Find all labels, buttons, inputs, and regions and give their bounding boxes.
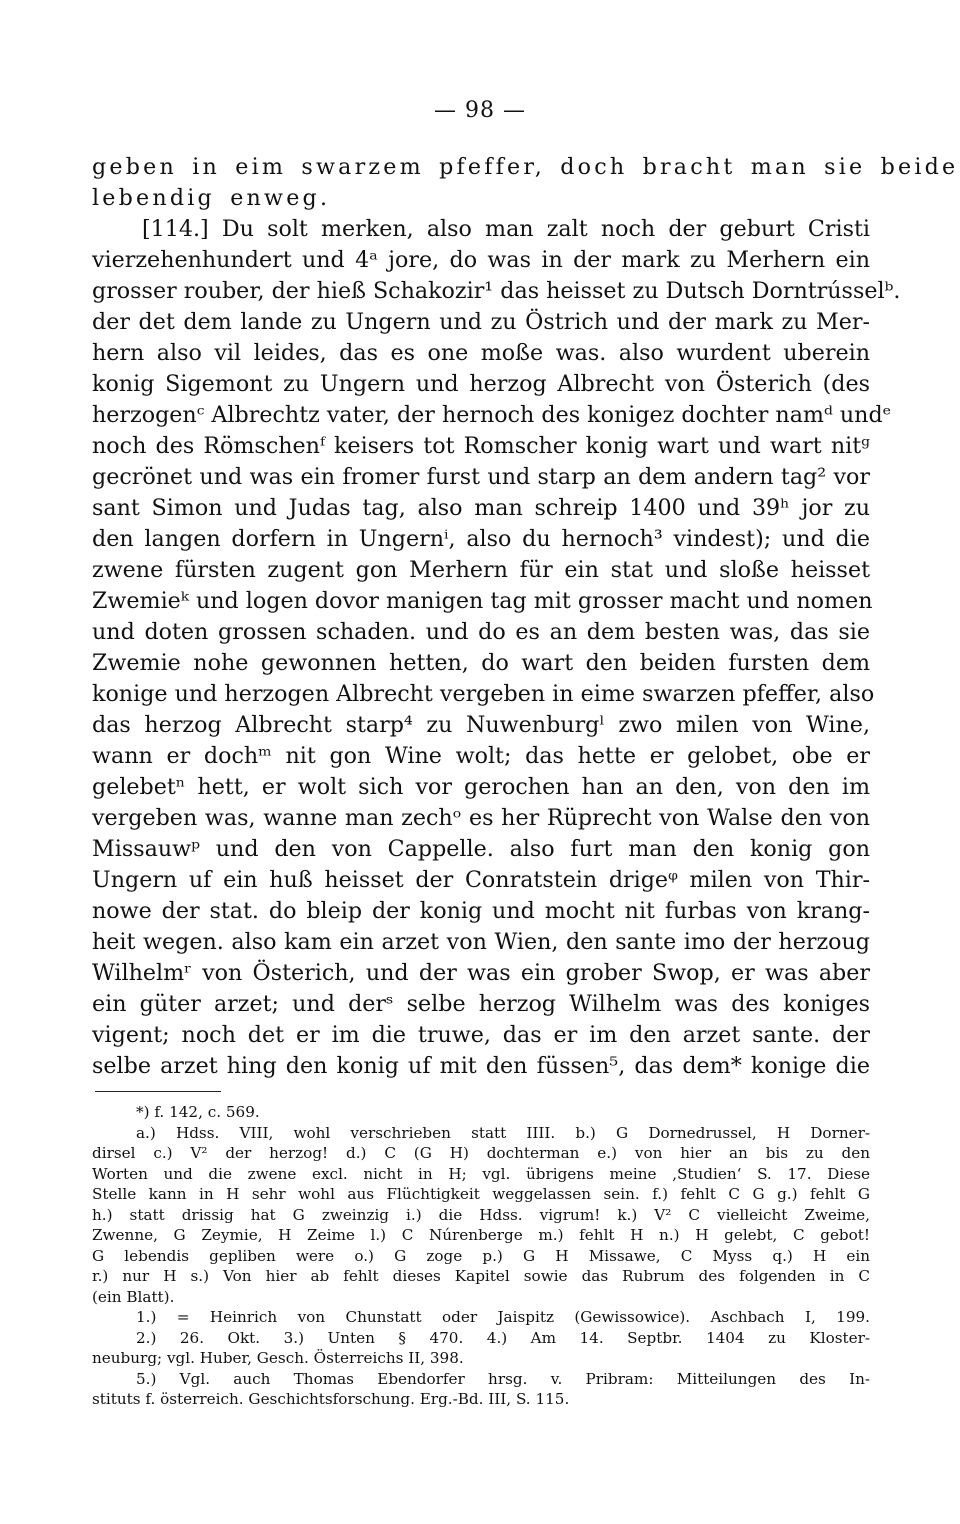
text-line: nowe der stat. do bleip der konig und mo… [92,896,870,927]
footnote-line: h.) statt drissig hat G zweinzig i.) die… [92,1205,870,1226]
footnote-line: (ein Blatt). [92,1287,870,1308]
text-line: konig Sigemont zu Ungern und herzog Albr… [92,369,870,400]
text-line: gelebetⁿ hett, er wolt sich vor gerochen… [92,772,870,803]
text-line: der det dem lande zu Ungern und zu Östri… [92,307,870,338]
text-line: grosser rouber, der hieß Schakozir¹ das … [92,276,870,307]
text-line: Zwemieᵏ und logen dovor manigen tag mit … [92,586,870,617]
page-number: — 98 — [0,98,960,123]
footnote-line: G lebendis gepliben were o.) G zoge p.) … [92,1246,870,1267]
text-line: konige und herzogen Albrecht vergeben in… [92,679,870,710]
text-line: vierzehenhundert und 4ᵃ jore, do was in … [92,245,870,276]
footnote-line: *) f. 142, c. 569. [92,1102,870,1123]
text-line: Missauwᵖ und den von Cappelle. also furt… [92,834,870,865]
footnote-line: neuburg; vgl. Huber, Gesch. Österreichs … [92,1348,870,1369]
text-line: geben in eim swarzem pfeffer, doch brach… [92,152,870,183]
text-line: zwene fürsten zugent gon Merhern für ein… [92,555,870,586]
text-line: herzogenᶜ Albrechtz vater, der hernoch d… [92,400,870,431]
footnote-line: Zwenne, G Zeymie, H Zeime l.) C Núrenber… [92,1225,870,1246]
footnote-line: Worten und die zwene excl. nicht in H; v… [92,1164,870,1185]
main-text: geben in eim swarzem pfeffer, doch brach… [92,152,870,1082]
text-line: Ungern uf ein huß heisset der Conratstei… [92,865,870,896]
text-line: ein güter arzet; und derˢ selbe herzog W… [92,989,870,1020]
footnotes: *) f. 142, c. 569. a.) Hdss. VIII, wohl … [92,1102,870,1410]
text-line: wann er dochᵐ nit gon Wine wolt; das het… [92,741,870,772]
text-line: den langen dorfern in Ungernⁱ, also du h… [92,524,870,555]
footnote-line: 1.) = Heinrich von Chunstatt oder Jaispi… [92,1307,870,1328]
text-line: das herzog Albrecht starp⁴ zu Nuwenburgˡ… [92,710,870,741]
footnote-separator [95,1091,221,1092]
footnote-line: 2.) 26. Okt. 3.) Unten § 470. 4.) Am 14.… [92,1328,870,1349]
footnote-line: Stelle kann in H sehr wohl aus Flüchtigk… [92,1184,870,1205]
text-line: Wilhelmʳ von Österich, und der was ein g… [92,958,870,989]
text-line: Zwemie nohe gewonnen hetten, do wart den… [92,648,870,679]
text-line: vergeben was, wanne man zechᵒ es her Rüp… [92,803,870,834]
text-line: hern also vil leides, das es one moße wa… [92,338,870,369]
text-line: lebendig enweg. [92,183,870,214]
text-line: vigent; noch det er im die truwe, das er… [92,1020,870,1051]
text-line: sant Simon und Judas tag, also man schre… [92,493,870,524]
footnote-line: 5.) Vgl. auch Thomas Ebendorfer hrsg. v.… [92,1369,870,1390]
text-line: selbe arzet hing den konig uf mit den fü… [92,1051,870,1082]
text-line: und doten grossen schaden. und do es an … [92,617,870,648]
text-line: gecrönet und was ein fromer furst und st… [92,462,870,493]
text-line: noch des Römschenᶠ keisers tot Romscher … [92,431,870,462]
footnote-line: stituts f. österreich. Geschichtsforschu… [92,1389,870,1410]
footnote-line: r.) nur H s.) Von hier ab fehlt dieses K… [92,1266,870,1287]
footnote-line: dirsel c.) V² der herzog! d.) C (G H) do… [92,1143,870,1164]
text-line: heit wegen. also kam ein arzet von Wien,… [92,927,870,958]
section-start-line: [114.] Du solt merken, also man zalt noc… [92,214,870,245]
footnote-line: a.) Hdss. VIII, wohl verschrieben statt … [92,1123,870,1144]
